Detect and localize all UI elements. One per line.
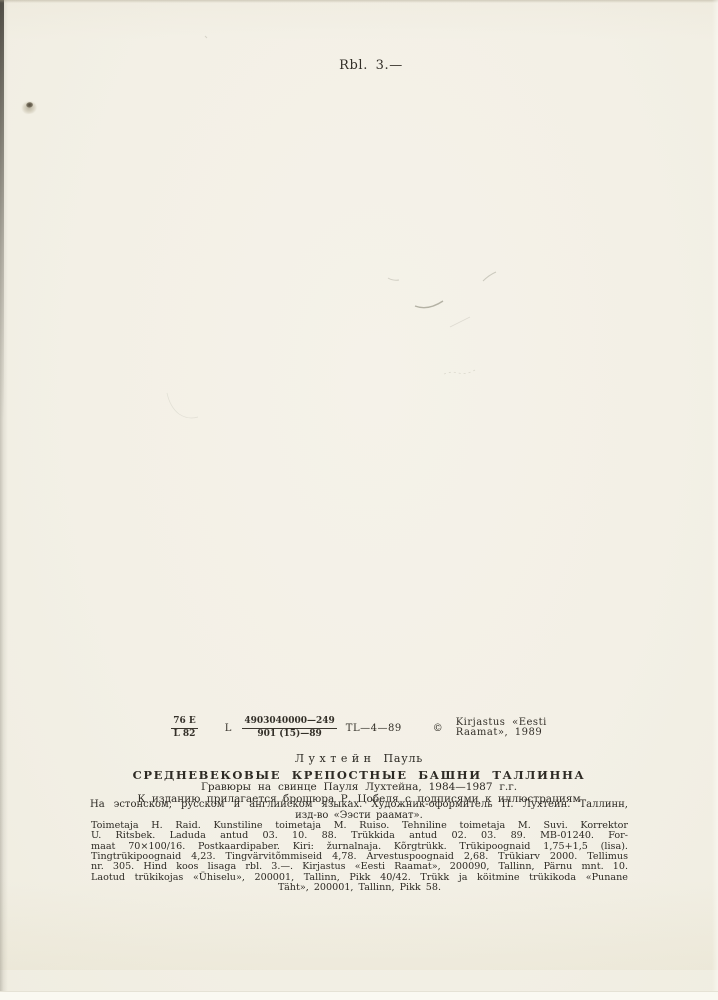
series-letter: L bbox=[225, 723, 232, 734]
language-block: На эстонском, русском и английском языка… bbox=[90, 800, 628, 821]
author-last-name: Лухтейн bbox=[295, 752, 376, 765]
scan-edge-right bbox=[712, 0, 718, 1000]
book-title: СРЕДНЕВЕКОВЫЕ КРЕПОСТНЫЕ БАШНИ ТАЛЛИННА bbox=[88, 769, 630, 781]
author-line: ЛухтейнПауль bbox=[88, 753, 630, 765]
scan-edge-left-soft bbox=[0, 0, 8, 1000]
scan-edge-bottom bbox=[0, 991, 718, 1000]
classification-code-bottom: L 82 bbox=[171, 729, 198, 741]
publisher-copyright: Kirjastus «Eesti Raamat», 1989 bbox=[456, 718, 547, 739]
title-block: ЛухтейнПауль СРЕДНЕВЕКОВЫЕ КРЕПОСТНЫЕ БА… bbox=[88, 753, 630, 805]
scanned-colophon-page: { "page": { "price": "Rbl. 3.—" }, "impr… bbox=[0, 0, 718, 1000]
book-subtitle: Гравюры на свинце Пауля Лухтейна, 1984—1… bbox=[88, 782, 630, 793]
imprint-code-row: 76 E L 82 L 4903040000—249 901 (15)—89 T… bbox=[0, 716, 718, 740]
publisher-line2: Raamat», 1989 bbox=[456, 728, 547, 739]
colophon-line-last: Täht», 200001, Tallinn, Pikk 58. bbox=[91, 883, 628, 893]
copyright-icon: © bbox=[433, 723, 443, 734]
classification-code-top: 76 E bbox=[171, 716, 198, 729]
classification-code: 76 E L 82 bbox=[171, 716, 198, 740]
ink-spot bbox=[20, 98, 38, 115]
tl-code: TL—4—89 bbox=[346, 723, 402, 734]
language-line1: На эстонском, русском и английском языка… bbox=[90, 800, 628, 811]
catalog-number-bottom: 901 (15)—89 bbox=[242, 729, 336, 741]
colophon-paragraph: Toimetaja H. Raid. Kunstiline toimetaja … bbox=[91, 821, 628, 893]
catalog-number-top: 4903040000—249 bbox=[242, 716, 336, 729]
catalog-number: 4903040000—249 901 (15)—89 bbox=[242, 716, 336, 740]
price-label: Rbl. 3.— bbox=[0, 58, 718, 73]
author-first-name: Пауль bbox=[384, 752, 424, 765]
scan-edge-top bbox=[0, 0, 718, 3]
